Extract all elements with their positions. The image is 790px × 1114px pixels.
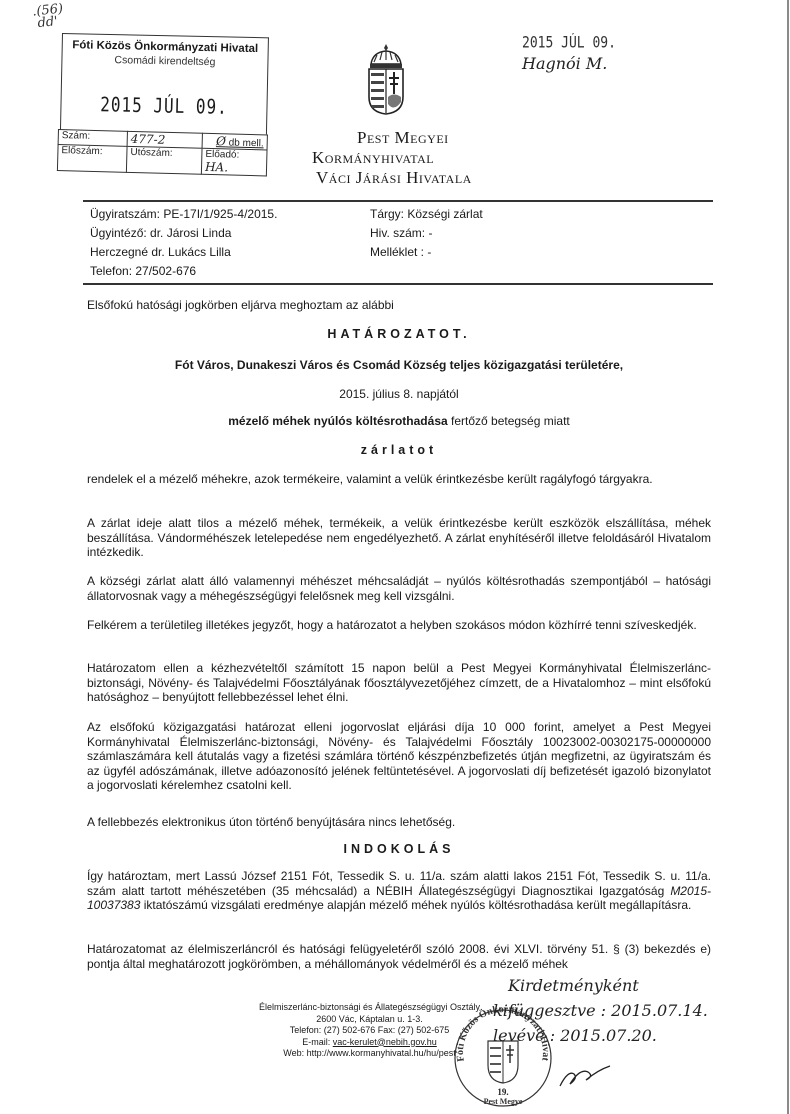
handwritten-name: Hagnói M. <box>522 54 607 73</box>
page-edge <box>787 0 789 1114</box>
case-officer: Ügyintéző: dr. Járosi Linda <box>90 224 277 243</box>
stamp-date: 2015 JÚL 09. <box>61 92 266 120</box>
agency-title: Pest Megyei Kormányhivatal Váci Járási H… <box>320 128 472 188</box>
date-from: 2015. július 8. napjától <box>87 387 711 402</box>
agency-line-2: Kormányhivatal <box>312 148 472 168</box>
paragraph-3: A községi zárlat alatt álló valamennyi m… <box>87 574 711 603</box>
case-number: Ügyiratszám: PE-17I/1/925-4/2015. <box>90 205 277 224</box>
decision-word: zárlatot <box>87 443 711 458</box>
paragraph-5: Határozatom ellen a kézhezvételtől számí… <box>87 661 711 705</box>
paragraph-2: A zárlat ideje alatt tilos a mézelő méhe… <box>87 516 711 560</box>
stamp-registry-table: Szám: 477-2 Ø db mell. Előszám: Utószám:… <box>57 129 268 176</box>
received-date-note: 2015 JÚL 09. <box>522 35 616 53</box>
eloszam-label: Előszám: <box>57 145 127 173</box>
disease-name: mézelő méhek nyúlós költésrothadása <box>228 414 447 428</box>
header-case-info: Ügyiratszám: PE-17I/1/925-4/2015. Ügyint… <box>90 205 277 281</box>
reference-number: Hiv. szám: - <box>370 224 483 243</box>
coat-of-arms-icon <box>365 42 407 116</box>
decision-heading: HATÁROZATOT. <box>87 327 711 342</box>
paragraph-6: Az elsőfokú közigazgatási határozat elle… <box>87 720 711 793</box>
mell-label: db mell. <box>229 137 264 149</box>
paragraph-9: Határozatomat az élelmiszerláncról és ha… <box>87 942 711 971</box>
subject: Tárgy: Községi zárlat <box>370 205 483 224</box>
signature-icon <box>558 1060 618 1090</box>
eloado-cell: Előadó: HA. <box>201 148 267 176</box>
paragraph-4: Felkérem a területileg illetékes jegyzőt… <box>87 618 711 633</box>
header-subject-info: Tárgy: Községi zárlat Hiv. szám: - Mellé… <box>370 205 483 262</box>
header-bottom-rule <box>83 283 713 285</box>
disease-rest: fertőző betegség miatt <box>448 414 570 428</box>
utoszam-label: Utószám: <box>126 146 202 174</box>
footer-email-label: E-mail: <box>302 1037 333 1047</box>
posting-note-title: Kirdetményként <box>508 973 708 998</box>
p8-text-a: Így határoztam, mert Lassú József 2151 F… <box>87 869 711 898</box>
eloado-value: HA. <box>205 160 228 175</box>
case-officer-2: Herczegné dr. Lukács Lilla <box>90 243 277 262</box>
agency-line-1: Pest Megyei <box>357 128 472 148</box>
margin-note-line: dd' <box>37 15 65 30</box>
mell-value: Ø <box>216 134 226 148</box>
header-top-rule <box>83 200 713 202</box>
szam-value: 477-2 <box>127 131 202 148</box>
footer-email-link[interactable]: vac-kerulet@nebih.gov.hu <box>333 1037 437 1047</box>
area-text: Fót Város, Dunakeszi Város és Csomád Köz… <box>87 358 711 373</box>
mell-cell: Ø db mell. <box>202 133 267 150</box>
reasoning-heading: INDOKOLÁS <box>87 842 711 857</box>
disease-line: mézelő méhek nyúlós költésrothadása fert… <box>87 414 711 429</box>
stamp-number: 19. <box>497 1087 508 1097</box>
stamp-bottom-text: Pest Megye <box>484 1097 523 1106</box>
margin-note: .(56) dd' <box>32 3 65 30</box>
posting-notes: Kirdetményként kifüggesztve : 2015.07.14… <box>508 973 708 1048</box>
paragraph-7: A fellebbezés elektronikus úton történő … <box>87 815 711 830</box>
attachment: Melléklet : - <box>370 243 483 262</box>
received-stamp: Fóti Közös Önkormányzati Hivatal Csomádi… <box>60 33 269 134</box>
posting-note-posted: kifüggesztve : 2015.07.14. <box>493 998 708 1023</box>
eloado-label: Előadó: <box>205 149 239 161</box>
p8-text-b: iktatószámú vizsgálati eredménye alapján… <box>140 898 691 912</box>
paragraph-1: rendelek el a mézelő méhekre, azok termé… <box>87 472 711 487</box>
intro-text: Elsőfokú hatósági jogkörben eljárva megh… <box>87 298 711 313</box>
paragraph-8: Így határoztam, mert Lassú József 2151 F… <box>87 869 711 913</box>
posting-note-removed: levéve : 2015.07.20. <box>493 1023 708 1048</box>
agency-line-3: Váci Járási Hivatala <box>316 168 472 188</box>
stamp-subunit: Csomádi kirendeltség <box>62 53 267 69</box>
phone: Telefon: 27/502-676 <box>90 262 277 281</box>
